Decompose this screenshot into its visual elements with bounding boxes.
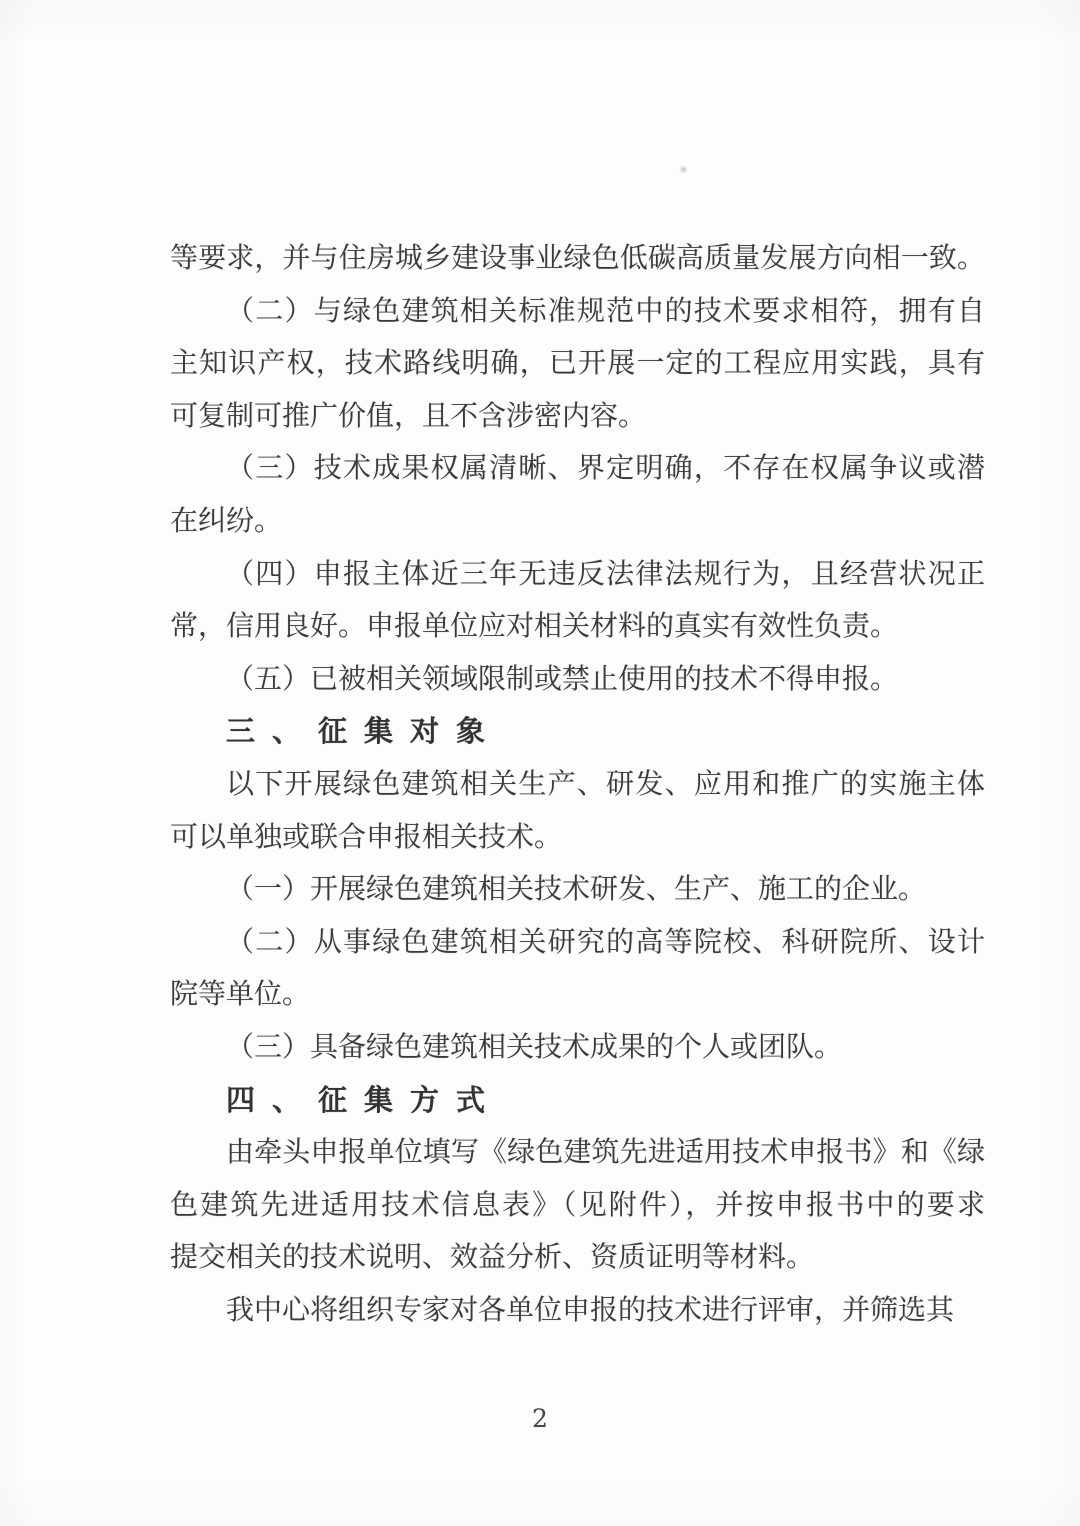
text-line: 色建筑先进适用技术信息表》（见附件），并按申报书中的要求 <box>170 1180 985 1233</box>
text-line: 主知识产权，技术路线明确，已开展一定的工程应用实践，具有 <box>170 338 985 391</box>
section-heading: 三、征集对象 <box>170 706 985 759</box>
text-line: 常，信用良好。申报单位应对相关材料的真实有效性负责。 <box>170 601 985 654</box>
text-line: （五）已被相关领域限制或禁止使用的技术不得申报。 <box>170 654 985 707</box>
text-line: 我中心将组织专家对各单位申报的技术进行评审，并筛选其 <box>170 1285 985 1338</box>
text-line: 以下开展绿色建筑相关生产、研发、应用和推广的实施主体 <box>170 759 985 812</box>
text-line: （二）从事绿色建筑相关研究的高等院校、科研院所、设计 <box>170 917 985 970</box>
text-line: （三）技术成果权属清晰、界定明确，不存在权属争议或潜 <box>170 443 985 496</box>
scan-speck <box>679 165 688 174</box>
text-line: 提交相关的技术说明、效益分析、资质证明等材料。 <box>170 1232 985 1285</box>
text-line: （四）申报主体近三年无违反法律法规行为，且经营状况正 <box>170 549 985 602</box>
text-line: （三）具备绿色建筑相关技术成果的个人或团队。 <box>170 1022 985 1075</box>
text-line: 由牵头申报单位填写《绿色建筑先进适用技术申报书》和《绿 <box>170 1127 985 1180</box>
text-line: （一）开展绿色建筑相关技术研发、生产、施工的企业。 <box>170 864 985 917</box>
text-line: 可以单独或联合申报相关技术。 <box>170 812 985 865</box>
document-page: 等要求，并与住房城乡建设事业绿色低碳高质量发展方向相一致。（二）与绿色建筑相关标… <box>0 0 1080 1526</box>
text-line: 在纠纷。 <box>170 496 985 549</box>
document-body: 等要求，并与住房城乡建设事业绿色低碳高质量发展方向相一致。（二）与绿色建筑相关标… <box>170 233 985 1337</box>
text-line: 可复制可推广价值，且不含涉密内容。 <box>170 391 985 444</box>
text-line: 等要求，并与住房城乡建设事业绿色低碳高质量发展方向相一致。 <box>170 233 985 286</box>
page-number: 2 <box>0 1404 1080 1433</box>
text-line: 院等单位。 <box>170 969 985 1022</box>
section-heading: 四、征集方式 <box>170 1075 985 1128</box>
text-line: （二）与绿色建筑相关标准规范中的技术要求相符，拥有自 <box>170 286 985 339</box>
